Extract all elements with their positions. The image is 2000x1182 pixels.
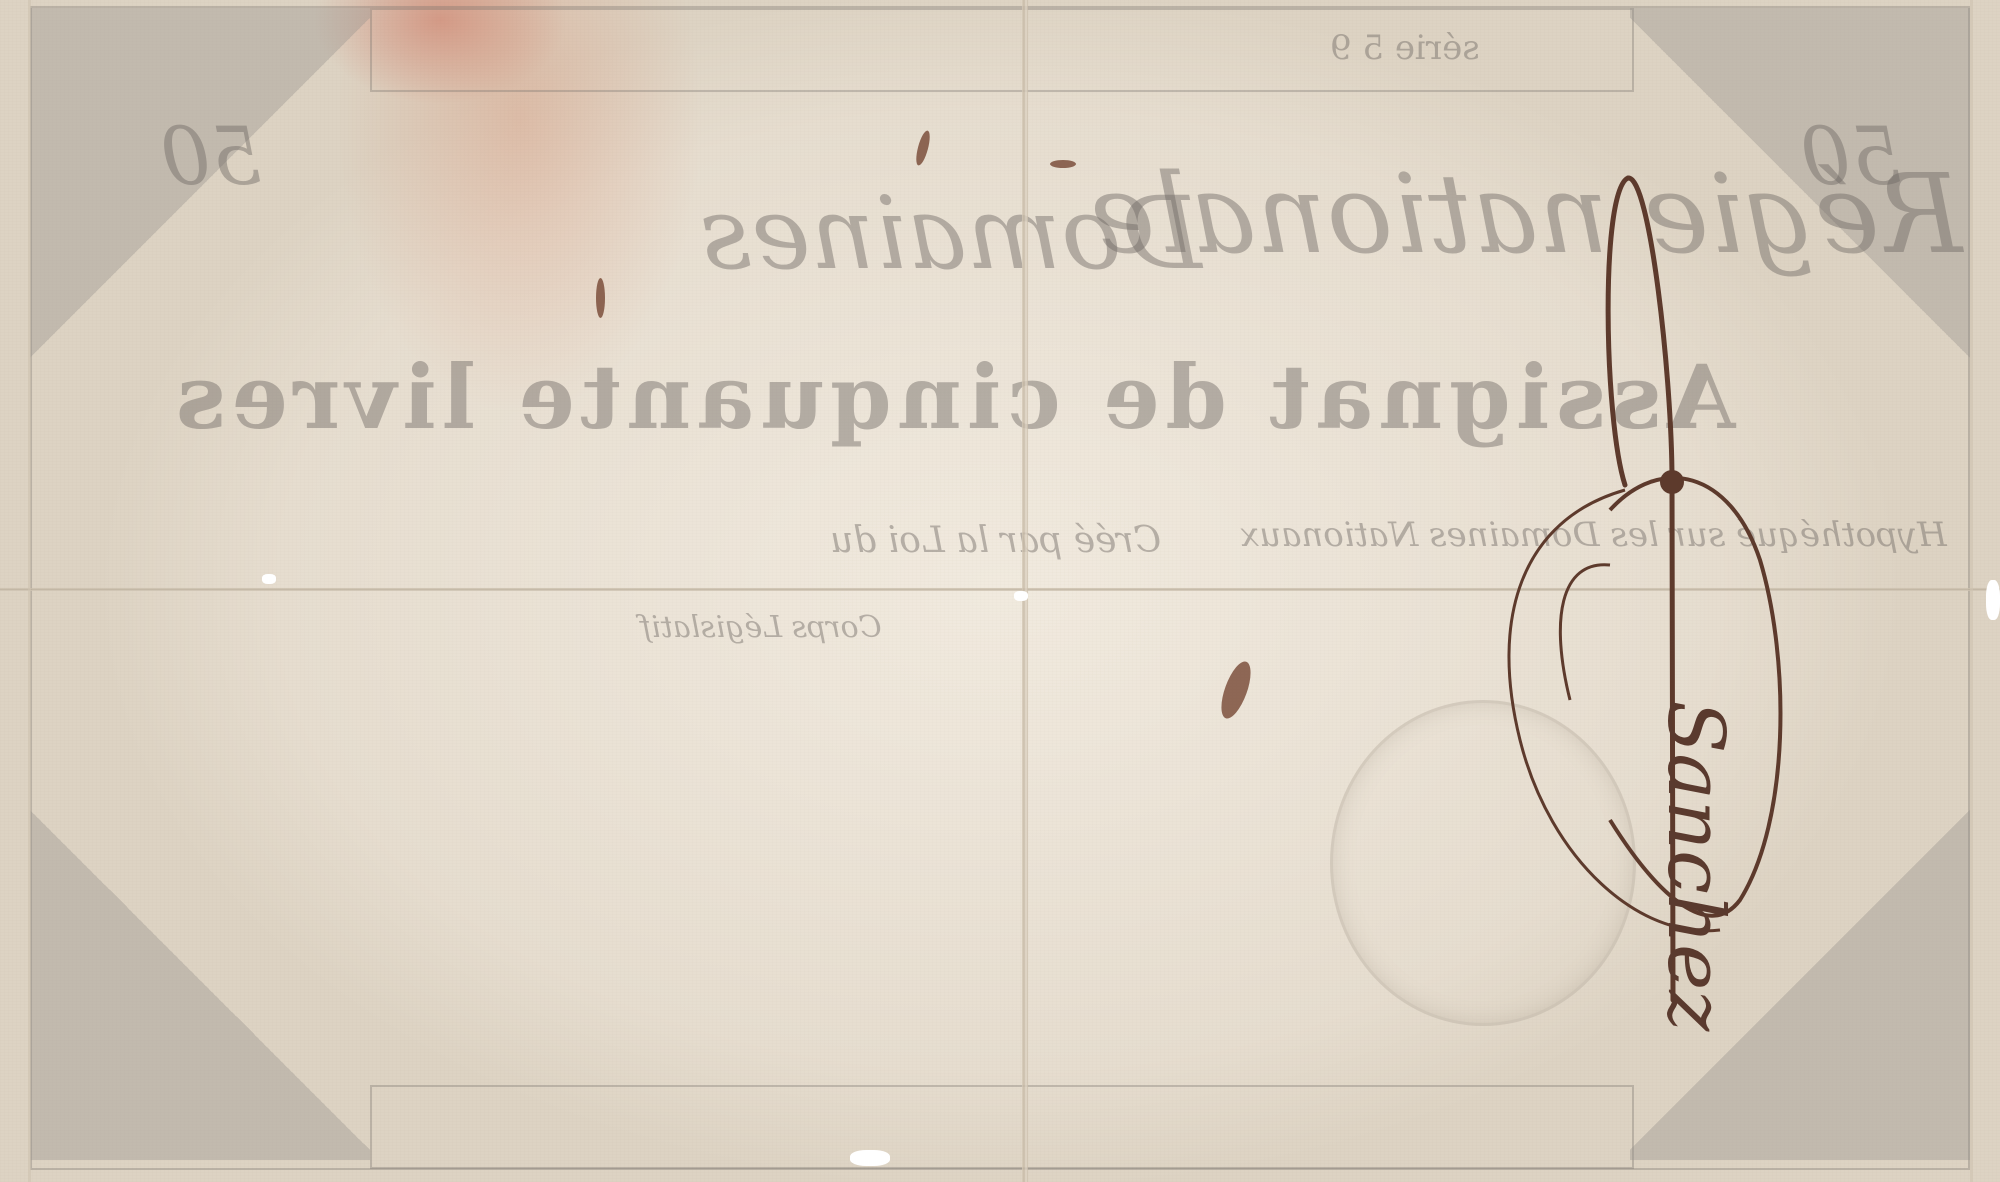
handwritten-endorsement: Sanchez [1650, 700, 1740, 1031]
banknote-reverse: série 5 9 50 50 Régie nationale Domaines… [0, 0, 2000, 1182]
